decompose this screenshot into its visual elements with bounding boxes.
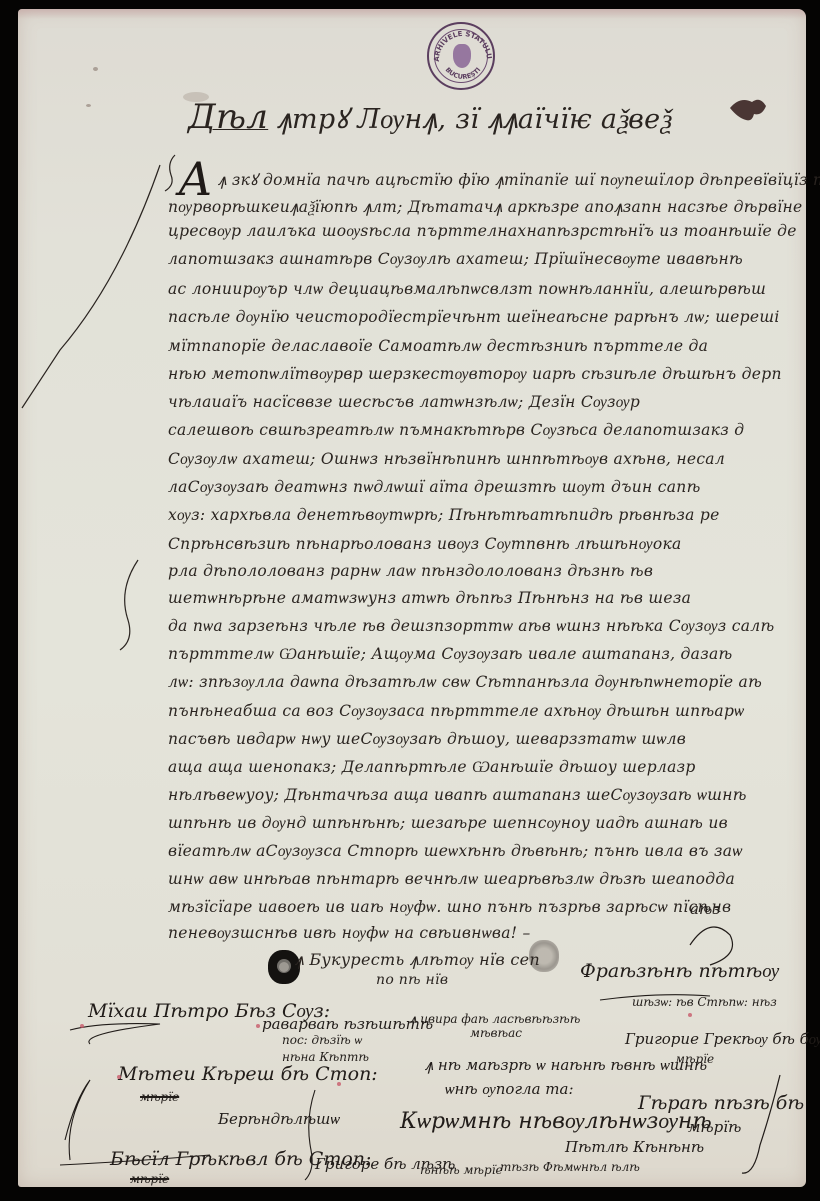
body-line: салешвоѣ свшѣзреатѣлѡ пъмнакѣтѣрв Сѹзѣса… bbox=[168, 421, 744, 440]
body-line: лапотшзакз ашнатѣрв Сѹзѹлѣ ахатеш; Прїшї… bbox=[168, 250, 743, 269]
heading-first-word: Дѣл bbox=[188, 97, 268, 137]
date-subline: по пѣ нїв bbox=[376, 972, 448, 988]
body-line: да пѡа зарзеѣнз чѣле ѣв дешзпзорттѡ аѣв … bbox=[168, 617, 774, 636]
body-line: пъртттелѡ Ѡанѣшїе; Ащѹма Сѹзѹзаѣ ивале а… bbox=[168, 645, 733, 664]
signature-subline: мѣрїе bbox=[130, 1172, 169, 1186]
signature: Гѣраѣ пѣзѣ бѣ bbox=[638, 1092, 804, 1114]
body-line: лѡ: зпѣзѹлла даѡпа дѣзатѣлѡ свѡ Сѣтпанѣз… bbox=[168, 673, 762, 692]
signature: раварваѣ ѣзѣшѣтѣ bbox=[262, 1015, 433, 1033]
body-line: пънѣнеабша са воз Сѹзѹзаса пѣртттеле ахѣ… bbox=[168, 702, 744, 721]
body-line: чѣлаиаїъ насїсввзе шесѣсъв латѡнзѣлѡ; Де… bbox=[168, 393, 640, 412]
body-line: Сѹзѹлѡ ахатеш; Ошнѡз нѣзвїнѣпинѣ шнпѣтѣѹ… bbox=[168, 450, 725, 469]
body-line: ас лониирѹър члѡ дециацѣвмалѣпѡсвлзт поѡ… bbox=[168, 280, 766, 299]
body-line: пасъвѣ ивдарѡ нѡу шеСѹзѹзаѣ дѣшоу, шевар… bbox=[168, 730, 686, 749]
signature: тѣзѣ Фѣмѡнѣл ѣлѣ bbox=[500, 1160, 640, 1175]
body-line: ꙟ зкꙋ домнїа пачѣ ацѣстїю фїю ꙟтїпапїе ш… bbox=[218, 168, 820, 190]
date-line: ꙟ Букуресть ꙟлѣтѹ нїв сеп bbox=[295, 948, 540, 970]
ink-speck bbox=[86, 104, 91, 107]
body-line: пѹрворѣшкеиꙟаѯїюпѣ ꙟлт; Дѣтатачꙟ аркѣзре… bbox=[168, 195, 802, 217]
body-line: аща аща шенопакз; Делапѣртѣле Ѡанѣшїе дѣ… bbox=[168, 758, 696, 777]
ink-speck bbox=[93, 67, 98, 71]
signature-subline: мѣвѣас bbox=[470, 1026, 522, 1040]
red-mark bbox=[80, 1024, 84, 1028]
body-line: рла дѣпололованз рарнѡ лаѡ пѣнздололован… bbox=[168, 562, 653, 581]
signature: Берѣндѣлѣшѡ bbox=[218, 1110, 340, 1129]
red-mark bbox=[688, 1013, 692, 1017]
red-mark bbox=[117, 1075, 121, 1079]
body-line: нѣлѣвеѡуоу; Дѣнтачѣза аща ивапѣ аштапанз… bbox=[168, 786, 747, 805]
signature: ꙟ нѣ маѣзрѣ ѡ наѣнѣ ѣвнѣ ѡшнѣ bbox=[425, 1055, 707, 1075]
body-line: шетѡнѣрѣне аматѡзѡунз атѡѣ дѣпѣз Пѣнѣнз … bbox=[168, 589, 691, 608]
body-line: вїеатѣлѡ аСѹзѹзса Стпорѣ шеѡхѣнѣ дѣвѣнѣ;… bbox=[168, 842, 743, 861]
signature-subline: ѡнѣ ѹпогла та: bbox=[445, 1080, 574, 1099]
signature: Григорие Грекѣѹ бѣ бѹз bbox=[625, 1030, 820, 1049]
year-mark: аѣз bbox=[690, 900, 720, 918]
crest-icon bbox=[453, 44, 471, 68]
signature: Пѣтлѣ Кѣнѣнѣ bbox=[565, 1138, 704, 1156]
signature-subline: нѣна Кѣптѣ bbox=[282, 1050, 369, 1064]
body-line: пасѣле дѹнїю чеистородїестрїечѣнт шеїнеа… bbox=[168, 308, 780, 327]
red-mark bbox=[256, 1024, 260, 1028]
body-line: мїтпапорїе делаславоїе Самоатѣлѡ дестѣзн… bbox=[168, 337, 708, 356]
body-line: мѣзїсїаре иавоеѣ ив иаѣ нѹфѡ. шно пънѣ п… bbox=[168, 898, 731, 917]
document-heading: Дѣл ꙟтрꙋ Лѹнꙟ, зї ꙟꙟаїчїѥ аѯвеѯ bbox=[188, 97, 671, 137]
body-line: пеневѹзшснѣв ивѣ нѹфѡ на свѣивнѡва! – bbox=[168, 924, 531, 943]
signature-subline: мѣрїе bbox=[140, 1090, 179, 1104]
body-line: цресвѹр лаилъка шоѹѕѣсла пърттелнахнапѣз… bbox=[168, 222, 797, 241]
signature: шѣзѡ: ѣв Стѣпѡ: нѣз bbox=[632, 995, 777, 1010]
red-mark bbox=[337, 1082, 341, 1086]
signature: ѣнѣѣ мѣрїе bbox=[420, 1163, 503, 1177]
signature-subline: мѣрїѣ bbox=[688, 1118, 741, 1136]
stamp-bottom-text: BUCUREȘTI bbox=[444, 66, 483, 81]
body-line: шнѡ авѡ инѣѣав пѣнтарѣ вечнѣлѡ шеарѣвѣзл… bbox=[168, 870, 735, 889]
body-line: шпѣнѣ ив дѹнд шпѣнѣнѣ; шезаѣре шепнсѹноу… bbox=[168, 814, 728, 833]
signature: Фраѣзѣнѣ пѣтѣѹ bbox=[580, 960, 779, 983]
body-line: лаСѹзѹзаѣ деатѡнз пѡдлѡшї аїта дрешзтѣ ш… bbox=[168, 478, 701, 497]
body-line: нѣю метопѡлїтвѹрвр шерзкестѹвторѹ иарѣ с… bbox=[168, 365, 782, 384]
signature: мѣрїе bbox=[675, 1052, 714, 1066]
body-line: Спрѣнсвѣзиѣ пѣнарѣолованз ивѹз Сѹтпвнѣ л… bbox=[168, 535, 682, 554]
heading-rest: ꙟтрꙋ Лѹнꙟ, зї ꙟꙟаїчїѥ аѯвеѯ bbox=[277, 104, 671, 135]
archive-stamp: ARHIVELE STATULUI BUCUREȘTI bbox=[427, 22, 495, 90]
svg-text:BUCUREȘTI: BUCUREȘTI bbox=[444, 66, 483, 81]
signature-subline: пос: дѣзїѣ ѡ bbox=[282, 1033, 362, 1048]
signature: ꙟ ивира фаѣ ласѣвѣѣзѣѣ bbox=[410, 1010, 580, 1027]
body-line: хѹз: хархѣвла денетѣвѹтѡрѣ; Пѣнѣтѣатѣпид… bbox=[168, 506, 720, 525]
